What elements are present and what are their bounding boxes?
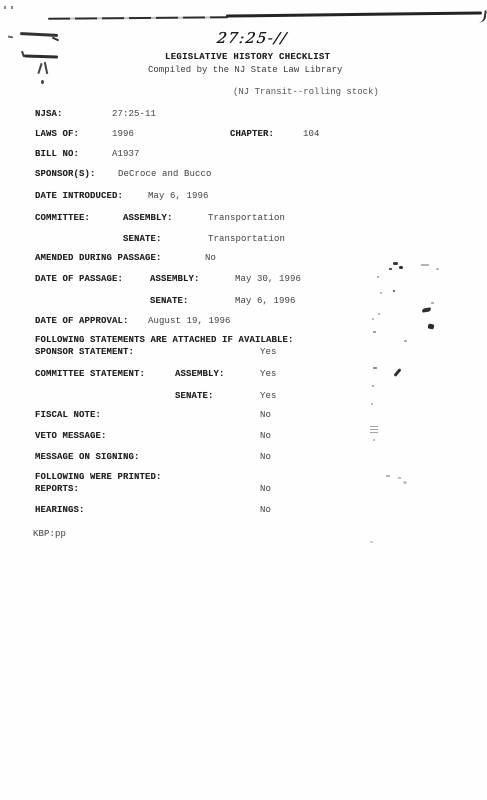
committee-statement-assembly-value: Yes bbox=[260, 369, 277, 379]
hearings-label: HEARINGS: bbox=[35, 505, 85, 515]
date-of-approval-label: DATE OF APPROVAL: bbox=[35, 316, 129, 326]
scan-artifact bbox=[372, 318, 374, 320]
veto-message-value: No bbox=[260, 431, 271, 441]
bill-no-value: A1937 bbox=[112, 149, 140, 159]
message-on-signing-label: MESSAGE ON SIGNING: bbox=[35, 452, 140, 462]
date-of-approval-value: August 19, 1996 bbox=[148, 316, 231, 326]
committee-assembly-value: Transportation bbox=[208, 213, 285, 223]
committee-statement-senate-value: Yes bbox=[260, 391, 277, 401]
scan-line-artifact bbox=[226, 11, 482, 17]
reports-label: REPORTS: bbox=[35, 484, 79, 494]
scan-artifact bbox=[399, 266, 403, 269]
sponsor-statement-label: SPONSOR STATEMENT: bbox=[35, 347, 134, 357]
sponsors-value: DeCroce and Bucco bbox=[118, 169, 212, 179]
committee-senate-label: SENATE: bbox=[123, 234, 162, 244]
scan-artifact bbox=[398, 477, 401, 479]
hearings-value: No bbox=[260, 505, 271, 515]
scan-artifact bbox=[372, 385, 374, 387]
document-title: LEGISLATIVE HISTORY CHECKLIST bbox=[165, 52, 330, 62]
veto-message-label: VETO MESSAGE: bbox=[35, 431, 107, 441]
committee-label: COMMITTEE: bbox=[35, 213, 90, 223]
date-introduced-value: May 6, 1996 bbox=[148, 191, 209, 201]
message-on-signing-value: No bbox=[260, 452, 271, 462]
scan-artifact bbox=[373, 367, 377, 369]
date-introduced-label: DATE INTRODUCED: bbox=[35, 191, 123, 201]
scan-artifact bbox=[380, 292, 382, 294]
scan-artifact bbox=[377, 276, 379, 278]
date-of-passage-senate-label: SENATE: bbox=[150, 296, 189, 306]
committee-statement-senate-label: SENATE: bbox=[175, 391, 214, 401]
printed-header: FOLLOWING WERE PRINTED: bbox=[35, 472, 162, 482]
checkmark-artifact bbox=[44, 62, 48, 74]
fiscal-note-label: FISCAL NOTE: bbox=[35, 410, 101, 420]
chapter-value: 104 bbox=[303, 129, 320, 139]
scan-line-hook-artifact bbox=[477, 10, 487, 24]
scan-artifact bbox=[371, 403, 373, 405]
date-of-passage-assembly-label: ASSEMBLY: bbox=[150, 274, 200, 284]
scan-artifact bbox=[428, 323, 435, 329]
reports-value: No bbox=[260, 484, 271, 494]
bill-no-label: BILL NO: bbox=[35, 149, 79, 159]
scan-artifact bbox=[370, 541, 373, 543]
committee-statement-assembly-label: ASSEMBLY: bbox=[175, 369, 225, 379]
sponsor-statement-value: Yes bbox=[260, 347, 277, 357]
committee-statement-label: COMMITTEE STATEMENT: bbox=[35, 369, 145, 379]
committee-assembly-label: ASSEMBLY: bbox=[123, 213, 173, 223]
scan-line-artifact bbox=[48, 16, 228, 20]
scan-artifact bbox=[421, 264, 429, 266]
committee-senate-value: Transportation bbox=[208, 234, 285, 244]
footer-initials: KBP:pp bbox=[33, 529, 66, 539]
handwritten-citation: 27:25-// bbox=[216, 33, 288, 43]
scan-artifact bbox=[373, 439, 375, 441]
scan-artifact bbox=[393, 368, 401, 377]
njsa-value: 27:25-11 bbox=[112, 109, 156, 119]
scan-artifact bbox=[370, 426, 378, 433]
scan-artifact bbox=[403, 481, 407, 484]
scan-artifact bbox=[11, 6, 13, 9]
laws-of-value: 1996 bbox=[112, 129, 134, 139]
chapter-label: CHAPTER: bbox=[230, 129, 274, 139]
scan-artifact bbox=[41, 80, 44, 84]
amended-label: AMENDED DURING PASSAGE: bbox=[35, 253, 162, 263]
sponsors-label: SPONSOR(S): bbox=[35, 169, 96, 179]
statements-header: FOLLOWING STATEMENTS ARE ATTACHED IF AVA… bbox=[35, 335, 294, 345]
scan-artifact bbox=[404, 340, 407, 342]
checkmark-artifact bbox=[37, 63, 42, 74]
amended-value: No bbox=[205, 253, 216, 263]
date-of-passage-senate-value: May 6, 1996 bbox=[235, 296, 296, 306]
laws-of-label: LAWS OF: bbox=[35, 129, 79, 139]
scanned-document-page: 27:25-// LEGISLATIVE HISTORY CHECKLIST C… bbox=[0, 0, 487, 800]
scan-artifact bbox=[52, 37, 59, 42]
date-of-passage-label: DATE OF PASSAGE: bbox=[35, 274, 123, 284]
scan-artifact bbox=[373, 331, 376, 333]
document-subtitle: Compiled by the NJ State Law Library bbox=[148, 65, 342, 75]
njsa-label: NJSA: bbox=[35, 109, 63, 119]
scan-artifact bbox=[389, 268, 392, 270]
fiscal-note-value: No bbox=[260, 410, 271, 420]
scan-artifact bbox=[386, 475, 390, 477]
scan-artifact bbox=[422, 307, 431, 312]
scan-artifact bbox=[431, 302, 434, 304]
scan-artifact bbox=[4, 6, 6, 9]
document-subject: (NJ Transit--rolling stock) bbox=[233, 87, 379, 97]
scan-artifact bbox=[24, 54, 58, 58]
scan-artifact bbox=[378, 313, 380, 315]
scan-artifact bbox=[393, 290, 395, 292]
scan-artifact bbox=[393, 262, 398, 265]
scan-artifact bbox=[436, 268, 439, 270]
date-of-passage-assembly-value: May 30, 1996 bbox=[235, 274, 301, 284]
scan-artifact bbox=[8, 36, 13, 39]
